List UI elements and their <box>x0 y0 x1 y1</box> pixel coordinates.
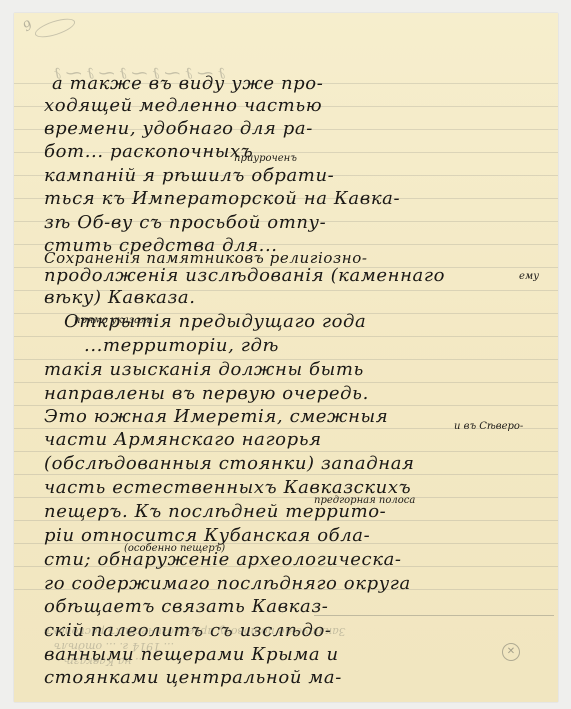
text-line: вѣку) Кавказа. <box>44 287 196 308</box>
corner-pencil-mark: 9 <box>21 18 36 35</box>
manuscript-page: 9 ℓ ⁓ ℓ ⁓ ℓ ⁓ ℓ ⁓ ℓ ⁓ ℓ а также въ виду … <box>14 13 558 702</box>
bottom-pencil-rule <box>314 615 554 616</box>
text-line: такія изысканія должны быть <box>44 359 364 380</box>
ruled-line <box>14 474 558 475</box>
faded-bottom-note: ... на Кавказѣ <box>64 655 146 668</box>
interlinear-insertion: и въ Сѣверо- <box>454 421 523 432</box>
text-line: го содержимаго послѣдняго округа <box>44 573 411 594</box>
faded-bottom-note: Заключеніе по поводу археологическихъ ра… <box>44 625 346 638</box>
interlinear-insertion: ему <box>519 271 539 282</box>
circled-x-mark: ✕ <box>502 643 520 661</box>
text-line: ться къ Императорской на Кавка- <box>44 188 400 209</box>
text-line: стоянками центральной ма- <box>44 667 342 688</box>
corner-pencil-oval <box>33 15 77 41</box>
interlinear-insertion: предгорная полоса <box>314 495 415 506</box>
text-line: части Армянскаго нагорья <box>44 429 322 450</box>
text-line: зѣ Об-ву съ просьбой отпу- <box>44 212 326 233</box>
text-line: (обслѣдованныя стоянки) западная <box>44 453 415 474</box>
text-line: ...территоріи, гдѣ <box>84 335 279 356</box>
interlinear-insertion: (особенно пещеръ) <box>124 543 225 554</box>
text-line: кампаній я рѣшилъ обрати- <box>44 165 334 186</box>
ruled-line <box>14 451 558 452</box>
text-line: обѣщаетъ связать Кавказ- <box>44 596 328 617</box>
text-line: направлены въ первую очередь. <box>44 383 369 404</box>
text-line: бот... раскопочныхъ <box>44 141 253 162</box>
text-line: времени, удобнаго для ра- <box>44 118 313 139</box>
interlinear-insertion: приуроченъ <box>234 153 297 164</box>
text-line: ходящей медленно частью <box>44 95 322 116</box>
interlinear-insertion: прямо указали <box>74 315 153 326</box>
text-line: Это южная Имеретія, смежныя <box>44 406 388 427</box>
text-line: продолженія изслѣдованія (каменнаго <box>44 265 445 286</box>
text-line: а также въ виду уже про- <box>52 73 323 94</box>
faded-bottom-note: ... 1914 г. ... отдѣлъ <box>54 640 174 653</box>
